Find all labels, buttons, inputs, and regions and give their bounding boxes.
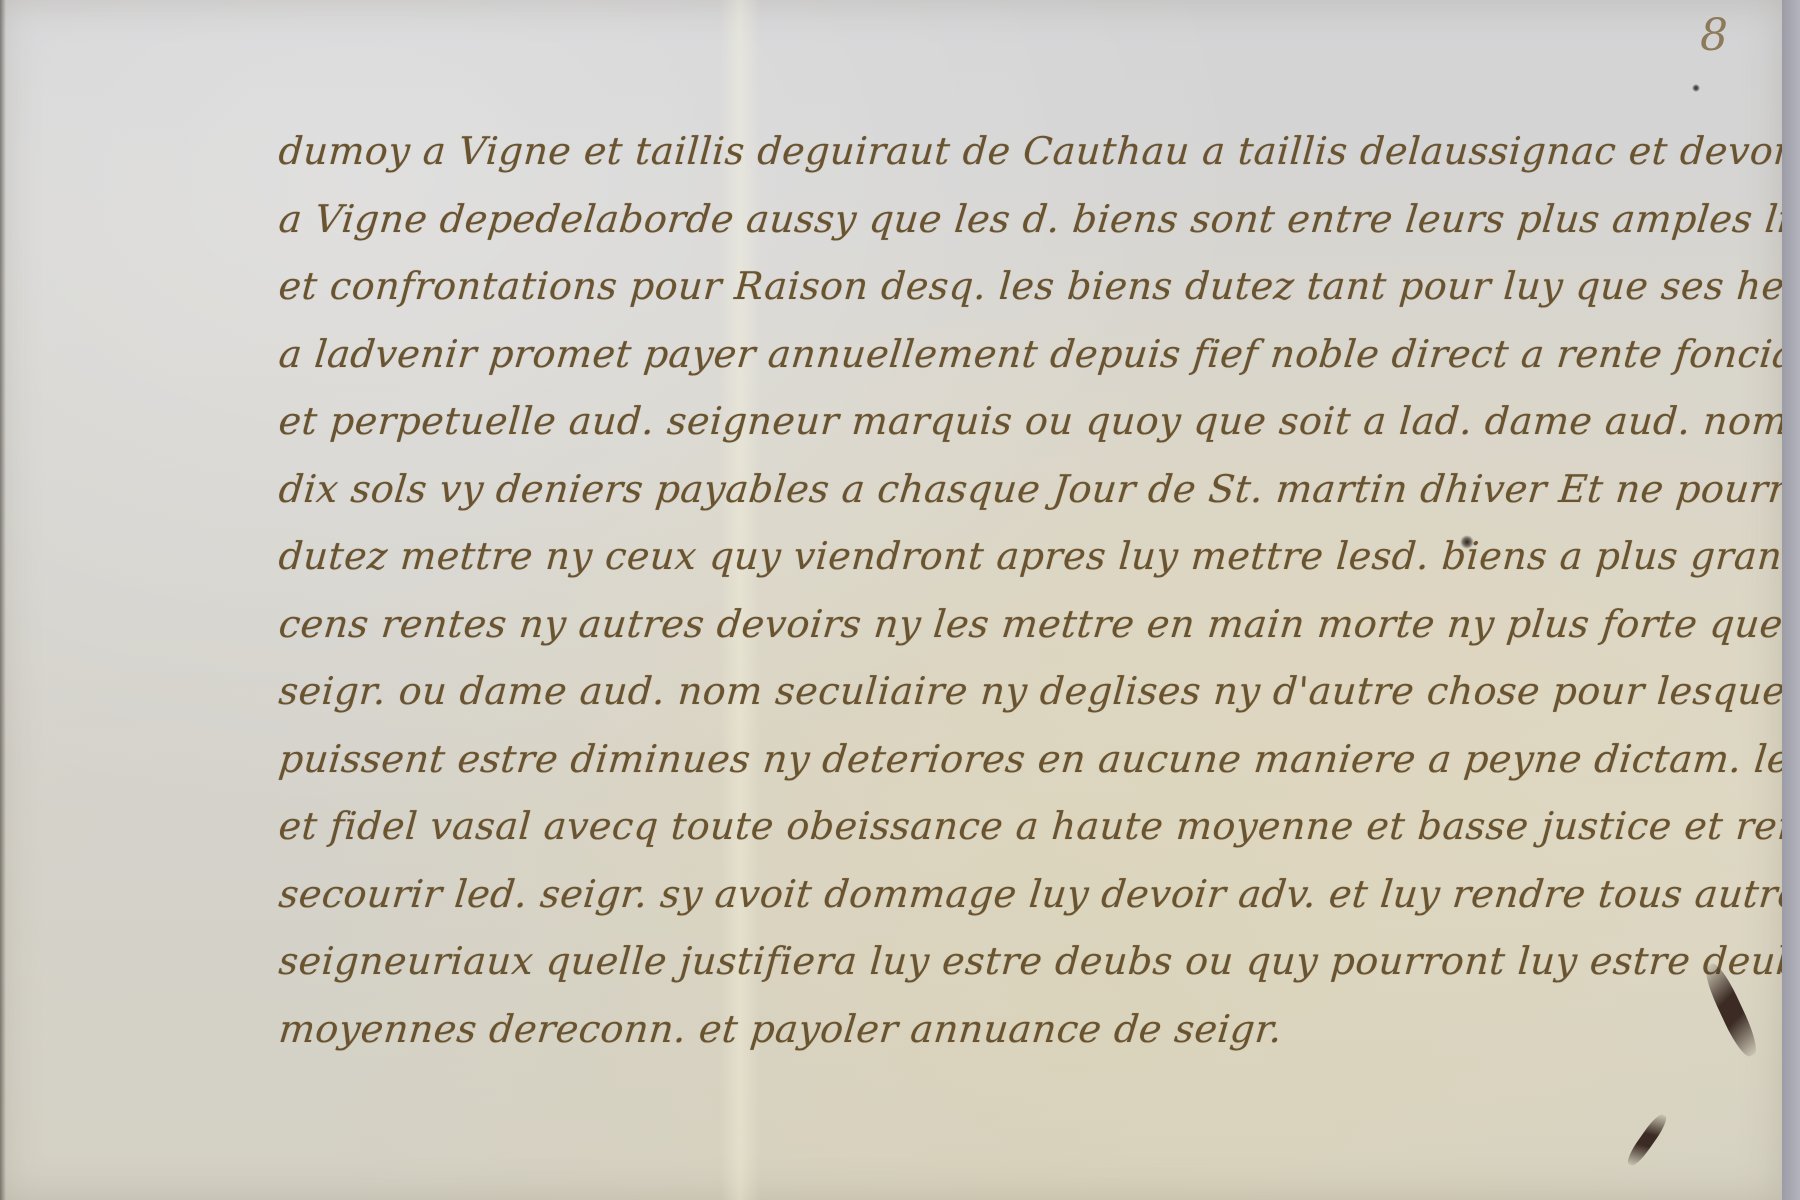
ink-stain xyxy=(1624,1111,1670,1168)
manuscript-line: dutez mettre ny ceux quy viendront apres… xyxy=(276,533,1751,601)
ink-spot xyxy=(1460,535,1474,549)
manuscript-line: et fidel vasal avecq toute obeissance a … xyxy=(276,803,1751,871)
manuscript-line: dix sols vy deniers payables a chasque J… xyxy=(274,466,1751,534)
manuscript-line: a ladvenir promet payer annuellement dep… xyxy=(274,331,1751,399)
manuscript-text: dumoy a Vigne et taillis deguiraut de Ca… xyxy=(278,128,1748,1073)
manuscript-line: puissent estre diminues ny deteriores en… xyxy=(274,736,1751,804)
manuscript-line: et confrontations pour Raison desq. les … xyxy=(276,263,1751,331)
manuscript-line: et perpetuelle aud. seigneur marquis ou … xyxy=(276,398,1751,466)
manuscript-line: seigr. ou dame aud. nom seculiaire ny de… xyxy=(276,668,1751,736)
manuscript-line: moyennes dereconn. et payoler annuance d… xyxy=(274,1006,1751,1074)
manuscript-line: dumoy a Vigne et taillis deguiraut de Ca… xyxy=(276,128,1751,196)
manuscript-line: seigneuriaux quelle justifiera luy estre… xyxy=(276,938,1751,1006)
page-number: 8 xyxy=(1700,10,1728,61)
document-viewer: 8 dumoy a Vigne et taillis deguiraut de … xyxy=(0,0,1800,1200)
manuscript-line: a Vigne depedelaborde aussy que les d. b… xyxy=(274,196,1751,264)
manuscript-line: cens rentes ny autres devoirs ny les met… xyxy=(274,601,1751,669)
page-edge xyxy=(1782,0,1800,1200)
ink-spot xyxy=(1692,84,1700,92)
page-binding-shadow xyxy=(0,0,6,1200)
parchment-page: 8 dumoy a Vigne et taillis deguiraut de … xyxy=(0,0,1784,1200)
manuscript-line: secourir led. seigr. sy avoit dommage lu… xyxy=(274,871,1751,939)
